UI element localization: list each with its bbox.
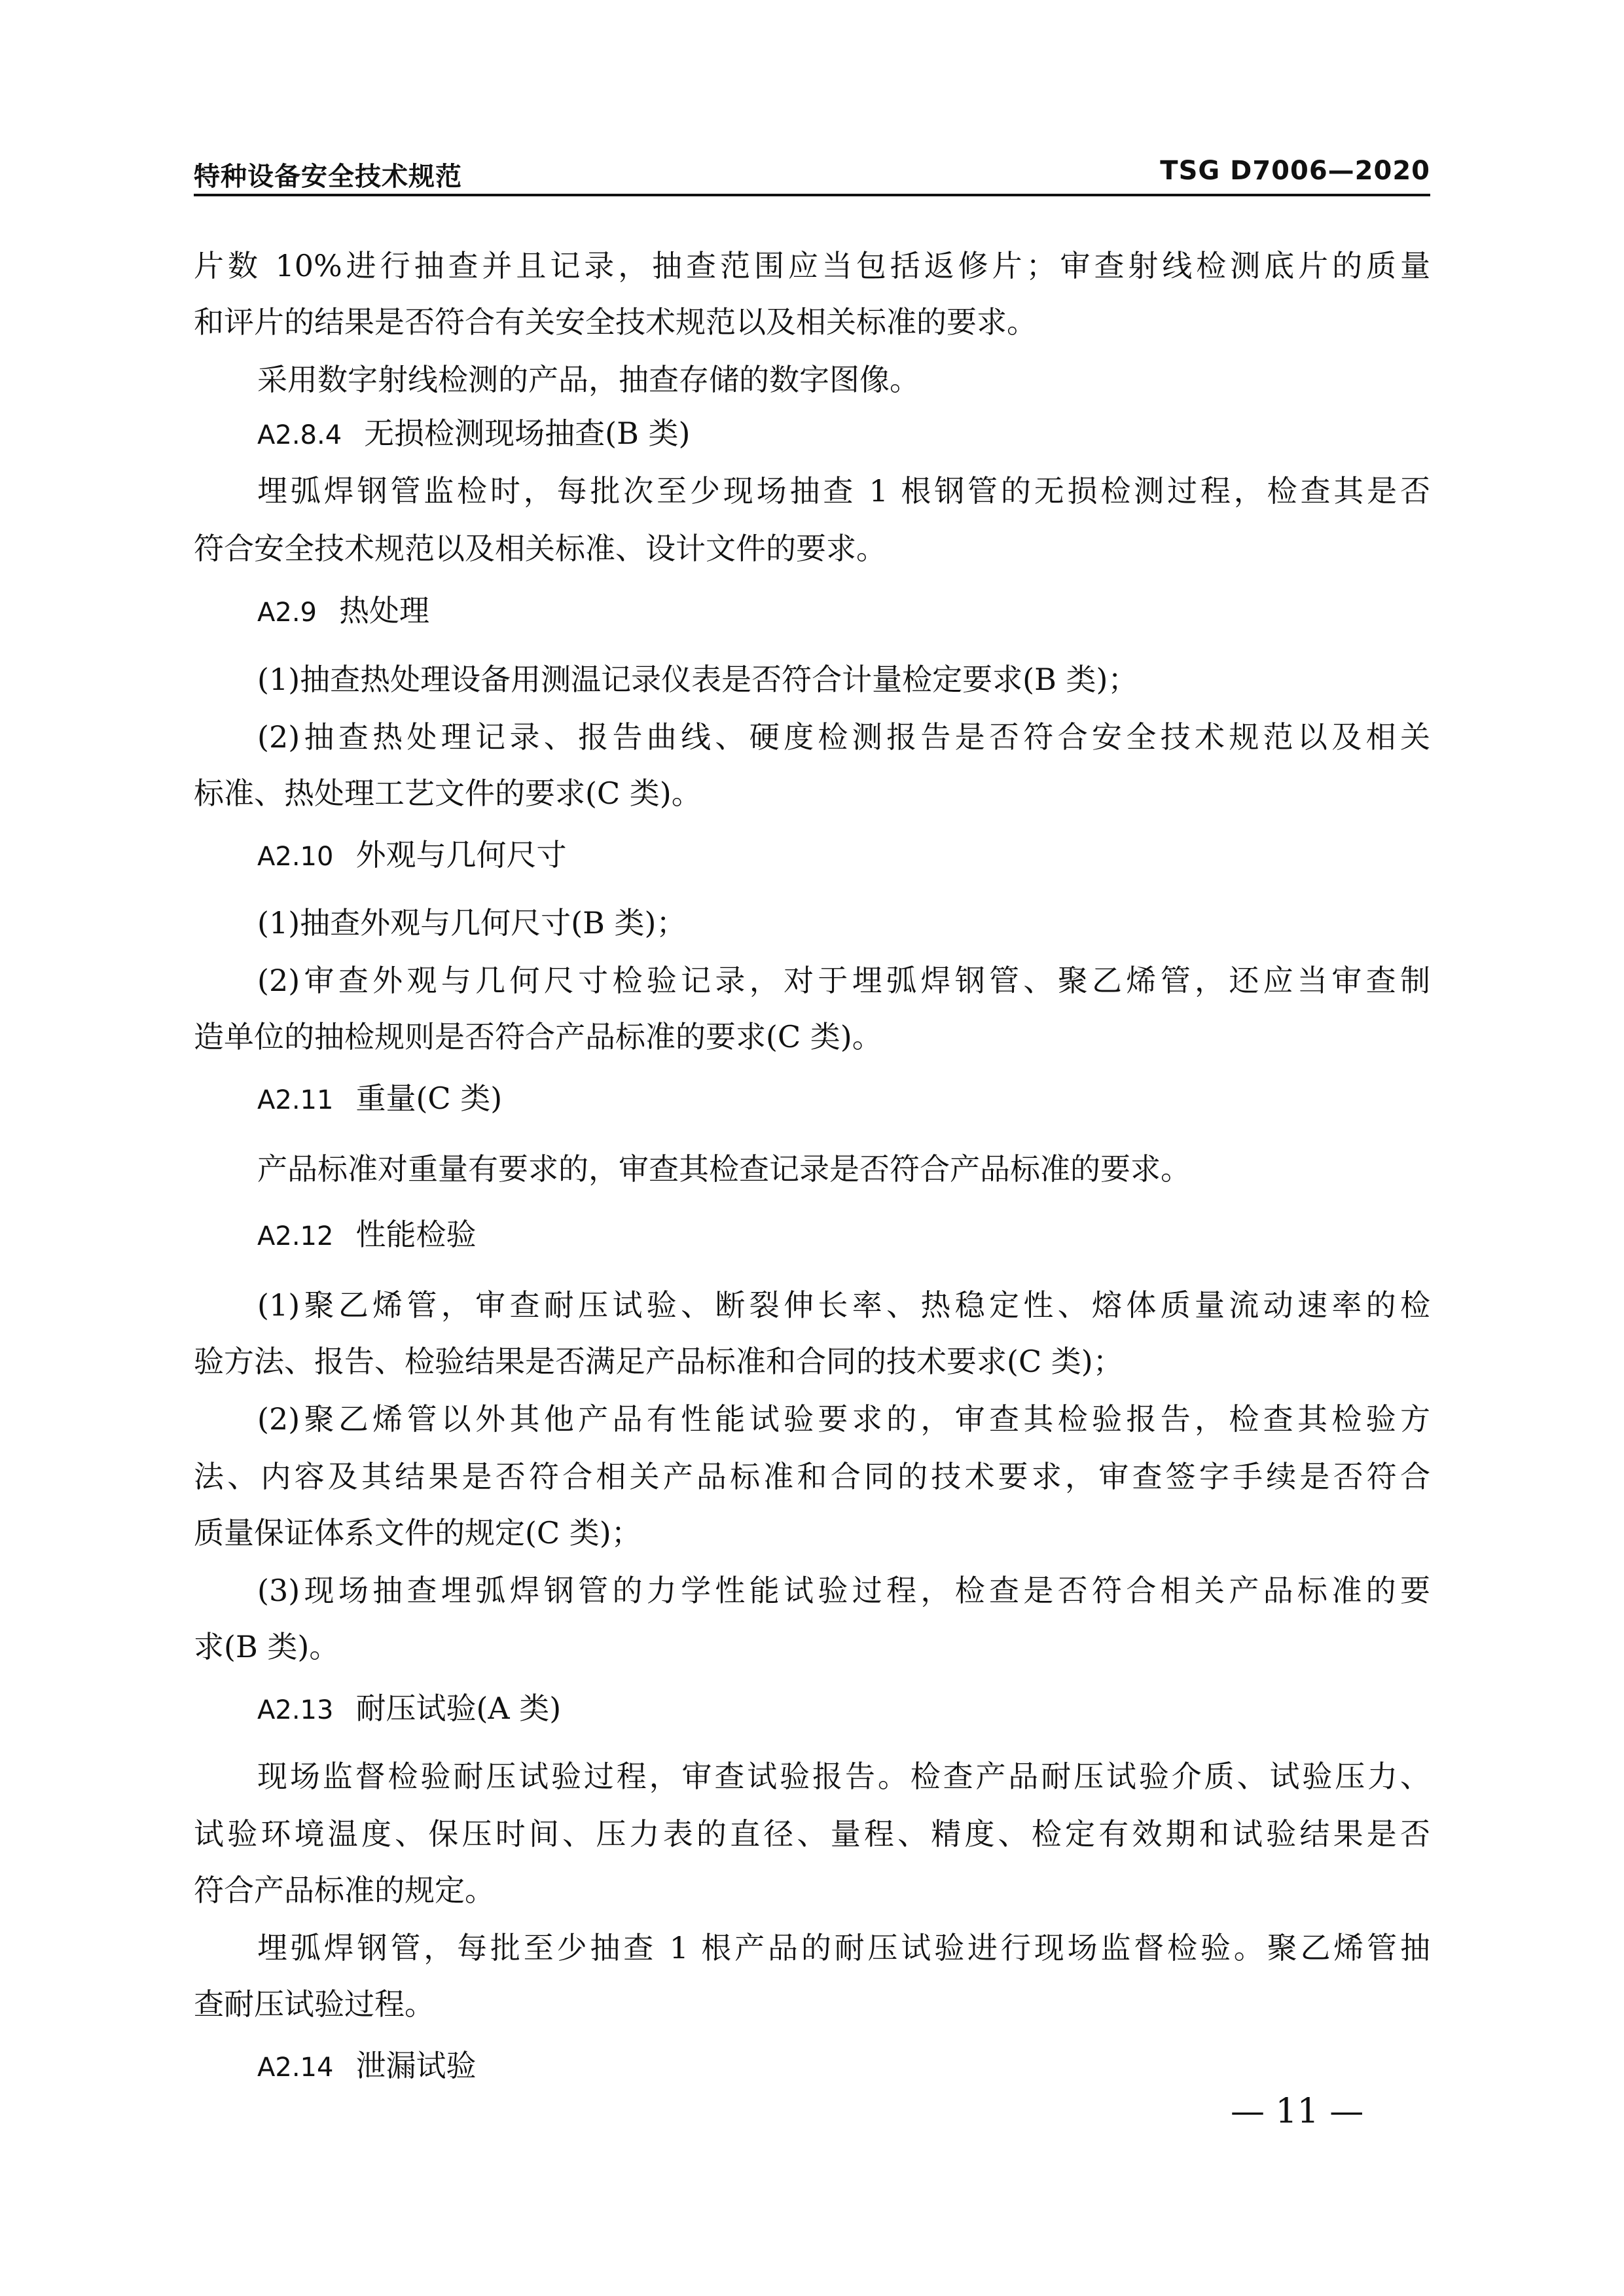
section-number: A2.8.4	[257, 417, 342, 454]
list-item: (2)审查外观与几何尺寸检验记录，对于埋弧焊钢管、聚乙烯管，还应当审查制	[257, 962, 1430, 999]
list-item-continuation: 质量保证体系文件的规定(C 类)；	[194, 1515, 1430, 1551]
header-standard-code: TSG D7006—2020	[1160, 156, 1430, 186]
section-heading-a2-13: A2.13耐压试验(A 类)	[257, 1690, 561, 1729]
section-title: 泄漏试验	[355, 2048, 476, 2083]
section-heading-a2-14: A2.14泄漏试验	[257, 2047, 476, 2086]
paragraph-line: 采用数字射线检测的产品，抽查存储的数字图像。	[257, 361, 1430, 398]
list-item: (1)抽查热处理设备用测温记录仪表是否符合计量检定要求(B 类)；	[257, 661, 1430, 698]
section-number: A2.12	[257, 1218, 333, 1255]
section-heading-a2-8-4: A2.8.4无损检测现场抽查(B 类)	[257, 415, 690, 454]
header-title: 特种设备安全技术规范	[194, 156, 462, 193]
paragraph-line: 查耐压试验过程。	[194, 1986, 1430, 2022]
paragraph-line: 和评片的结果是否符合有关安全技术规范以及相关标准的要求。	[194, 304, 1430, 340]
paragraph-line: 符合安全技术规范以及相关标准、设计文件的要求。	[194, 530, 1430, 567]
list-item-continuation: 标准、热处理工艺文件的要求(C 类)。	[194, 775, 1430, 812]
section-number: A2.11	[257, 1082, 333, 1119]
list-item-continuation: 法、内容及其结果是否符合相关产品标准和合同的技术要求，审查签字手续是否符合	[194, 1458, 1430, 1495]
paragraph-line: 埋弧焊钢管监检时，每批次至少现场抽查 1 根钢管的无损检测过程，检查其是否	[257, 473, 1430, 509]
list-item-continuation: 造单位的抽检规则是否符合产品标准的要求(C 类)。	[194, 1018, 1430, 1055]
section-number: A2.9	[257, 594, 317, 631]
section-number: A2.13	[257, 1692, 333, 1729]
paragraph-line: 现场监督检验耐压试验过程，审查试验报告。检查产品耐压试验介质、试验压力、	[257, 1758, 1430, 1795]
list-item-continuation: 求(B 类)。	[194, 1628, 1430, 1665]
paragraph-line: 产品标准对重量有要求的，审查其检查记录是否符合产品标准的要求。	[257, 1151, 1430, 1187]
list-item-continuation: 验方法、报告、检验结果是否满足产品标准和合同的技术要求(C 类)；	[194, 1343, 1430, 1380]
section-title: 重量(C 类)	[355, 1081, 502, 1116]
section-heading-a2-9: A2.9热处理	[257, 592, 429, 631]
section-title: 耐压试验(A 类)	[355, 1691, 561, 1726]
section-title: 热处理	[339, 593, 429, 628]
section-title: 性能检验	[355, 1217, 476, 1252]
list-item: (2)聚乙烯管以外其他产品有性能试验要求的，审查其检验报告，检查其检验方	[257, 1401, 1430, 1437]
list-item: (2)抽查热处理记录、报告曲线、硬度检测报告是否符合安全技术规范以及相关	[257, 719, 1430, 755]
list-item: (1)聚乙烯管，审查耐压试验、断裂伸长率、热稳定性、熔体质量流动速率的检	[257, 1287, 1430, 1323]
section-title: 外观与几何尺寸	[355, 837, 566, 872]
paragraph-line: 试验环境温度、保压时间、压力表的直径、量程、精度、检定有效期和试验结果是否	[194, 1816, 1430, 1852]
section-heading-a2-11: A2.11重量(C 类)	[257, 1080, 502, 1119]
section-heading-a2-10: A2.10外观与几何尺寸	[257, 836, 566, 875]
header-rule	[194, 194, 1430, 196]
page-number: — 11 —	[1231, 2092, 1363, 2131]
paragraph-line: 符合产品标准的规定。	[194, 1872, 1430, 1909]
section-number: A2.14	[257, 2049, 333, 2086]
list-item: (1)抽查外观与几何尺寸(B 类)；	[257, 905, 1430, 941]
paragraph-line: 埋弧焊钢管，每批至少抽查 1 根产品的耐压试验进行现场监督检验。聚乙烯管抽	[257, 1929, 1430, 1966]
list-item: (3)现场抽查埋弧焊钢管的力学性能试验过程，检查是否符合相关产品标准的要	[257, 1572, 1430, 1609]
paragraph-line: 片数 10%进行抽查并且记录，抽查范围应当包括返修片；审查射线检测底片的质量	[194, 247, 1430, 284]
section-number: A2.10	[257, 838, 333, 875]
section-title: 无损检测现场抽查(B 类)	[364, 416, 690, 451]
section-heading-a2-12: A2.12性能检验	[257, 1216, 476, 1255]
